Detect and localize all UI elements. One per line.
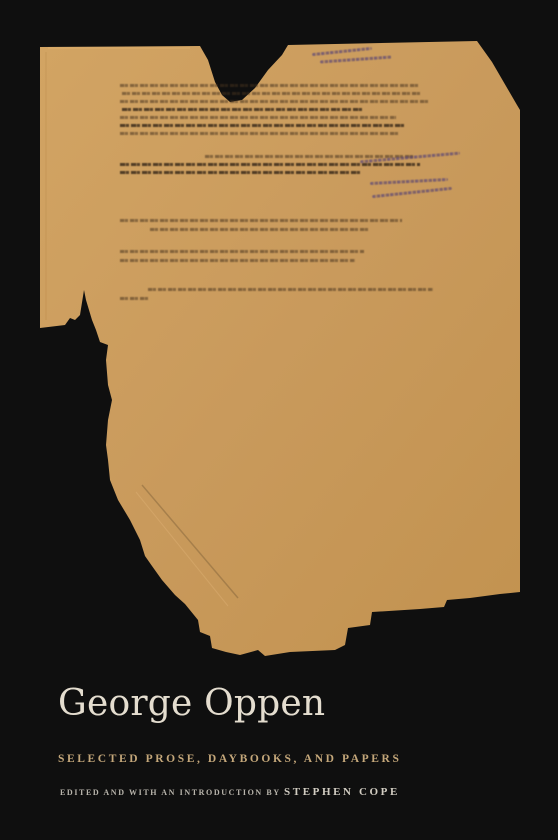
editor-name: STEPHEN COPE bbox=[284, 786, 400, 798]
credit-prefix: EDITED AND WITH AN INTRODUCTION BY bbox=[60, 788, 280, 797]
book-title-author: George Oppen bbox=[58, 683, 325, 724]
editor-credit: EDITED AND WITH AN INTRODUCTION BY STEPH… bbox=[60, 786, 400, 798]
book-subtitle: SELECTED PROSE, DAYBOOKS, AND PAPERS bbox=[58, 753, 401, 765]
book-cover: George Oppen SELECTED PROSE, DAYBOOKS, A… bbox=[0, 0, 558, 840]
